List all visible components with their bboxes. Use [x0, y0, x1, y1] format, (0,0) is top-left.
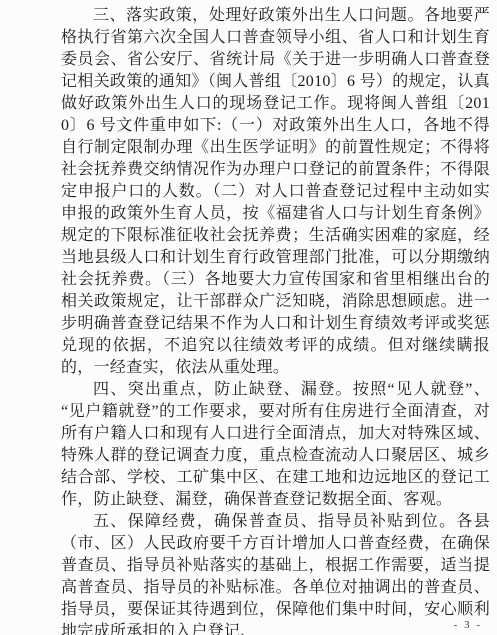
document-body: 三、落实政策，处理好政策外出生人口问题。各地要严格执行省第六次全国人口普查领导小… — [61, 5, 490, 635]
paragraph-policy-implementation: 三、落实政策，处理好政策外出生人口问题。各地要严格执行省第六次全国人口普查领导小… — [61, 5, 490, 379]
paragraph-funding-guarantee: 五、保障经费，确保普查员、指导员补贴到位。各县（市、区）人民政府要千方百计增加人… — [61, 511, 490, 635]
document-page: 三、落实政策，处理好政策外出生人口问题。各地要严格执行省第六次全国人口普查领导小… — [0, 0, 497, 635]
paragraph-key-points: 四、突出重点，防止缺登、漏登。按照“见人就登”、“见户籍就登”的工作要求，要对所… — [61, 379, 490, 511]
page-number: - 3 - — [454, 619, 482, 631]
